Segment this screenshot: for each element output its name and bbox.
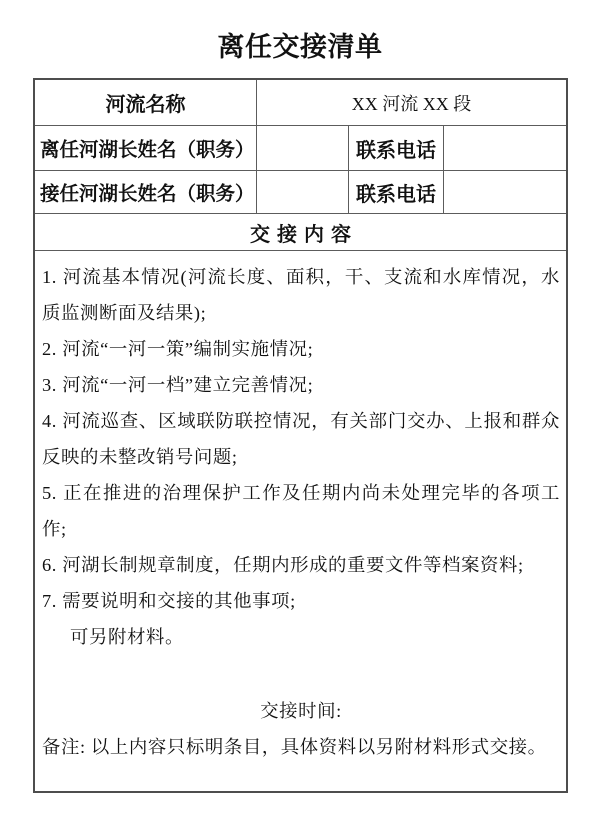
incoming-phone-label: 联系电话 [349,171,444,213]
river-name-value: XX 河流 XX 段 [257,80,566,125]
row-section-header: 交接内容 [35,214,566,251]
remark-note: 备注: 以上内容只标明条目，具体资料以另附材料形式交接。 [42,729,560,765]
outgoing-phone-cell [444,126,566,170]
row-incoming-chief: 接任河湖长姓名（职务） 联系电话 [35,171,566,214]
handover-form-table: 河流名称 XX 河流 XX 段 离任河湖长姓名（职务） 联系电话 接任河湖长姓名… [33,78,568,793]
attachment-note: 可另附材料。 [42,619,560,655]
page-title: 离任交接清单 [0,32,600,62]
incoming-chief-label: 接任河湖长姓名（职务） [35,171,257,213]
document-page: 离任交接清单 河流名称 XX 河流 XX 段 离任河湖长姓名（职务） 联系电话 … [0,0,600,831]
handover-item-5: 5. 正在推进的治理保护工作及任期内尚未处理完毕的各项工作; [42,475,560,547]
handover-item-2: 2. 河流“一河一策”编制实施情况; [42,331,560,367]
outgoing-phone-label: 联系电话 [349,126,444,170]
row-river-name: 河流名称 XX 河流 XX 段 [35,80,566,126]
handover-item-3: 3. 河流“一河一档”建立完善情况; [42,367,560,403]
incoming-phone-cell [444,171,566,213]
handover-time-label: 交接时间: [42,693,560,729]
outgoing-chief-name-cell [257,126,349,170]
row-outgoing-chief: 离任河湖长姓名（职务） 联系电话 [35,126,566,171]
river-name-label: 河流名称 [35,80,257,125]
handover-item-1: 1. 河流基本情况(河流长度、面积，干、支流和水库情况，水质监测断面及结果); [42,259,560,331]
outgoing-chief-label: 离任河湖长姓名（职务） [35,126,257,170]
section-header-label: 交接内容 [35,214,566,250]
incoming-chief-name-cell [257,171,349,213]
handover-content-cell: 1. 河流基本情况(河流长度、面积，干、支流和水库情况，水质监测断面及结果); … [35,251,566,790]
handover-item-6: 6. 河湖长制规章制度，任期内形成的重要文件等档案资料; [42,547,560,583]
handover-item-7: 7. 需要说明和交接的其他事项; [42,583,560,619]
handover-item-4: 4. 河流巡查、区域联防联控情况，有关部门交办、上报和群众反映的未整改销号问题; [42,403,560,475]
